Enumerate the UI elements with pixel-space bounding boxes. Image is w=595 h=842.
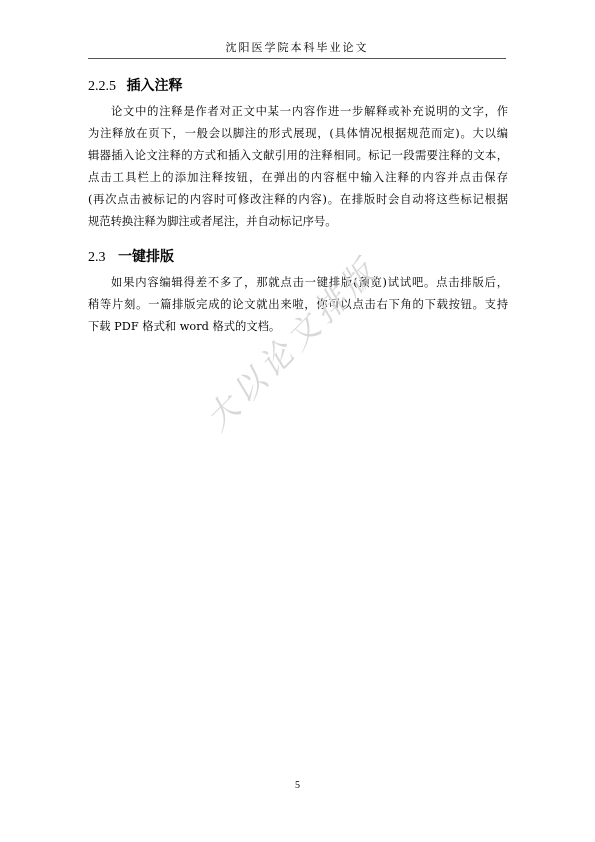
- section-number: 2.3: [88, 250, 106, 265]
- running-header: 沈阳医学院本科毕业论文: [88, 40, 506, 59]
- body-paragraph-annotations: 论文中的注释是作者对正文中某一内容作进一步解释或补充说明的文字，作 为注释放在页…: [88, 101, 508, 233]
- paragraph-line: 点击工具栏上的添加注释按钮，在弹出的内容框中输入注释的内容并点击保存: [88, 167, 508, 189]
- section-title: 插入注释: [126, 78, 182, 94]
- section-heading-2-2-5: 2.2.5 插入注释: [88, 77, 182, 96]
- paragraph-line: 论文中的注释是作者对正文中某一内容作进一步解释或补充说明的文字，作: [88, 101, 508, 123]
- paragraph-line: 辑器插入论文注释的方式和插入文献引用的注释相同。标记一段需要注释的文本，: [88, 145, 508, 167]
- section-heading-2-3: 2.3 一键排版: [88, 248, 174, 267]
- page-number: 5: [0, 780, 595, 791]
- paragraph-line: 规范转换注释为脚注或者尾注，并自动标记序号。: [88, 211, 508, 233]
- paragraph-line: 为注释放在页下，一般会以脚注的形式展现，(具体情况根据规范而定)。大以编: [88, 123, 508, 145]
- paragraph-line: 如果内容编辑得差不多了，那就点击一键排版(预览)试试吧。点击排版后，: [88, 272, 508, 294]
- section-title: 一键排版: [118, 249, 174, 265]
- running-header-title: 沈阳医学院本科毕业论文: [226, 41, 369, 54]
- paragraph-line: (再次点击被标记的内容时可修改注释的内容)。在排版时会自动将这些标记根据: [88, 189, 508, 211]
- section-number: 2.2.5: [88, 79, 116, 94]
